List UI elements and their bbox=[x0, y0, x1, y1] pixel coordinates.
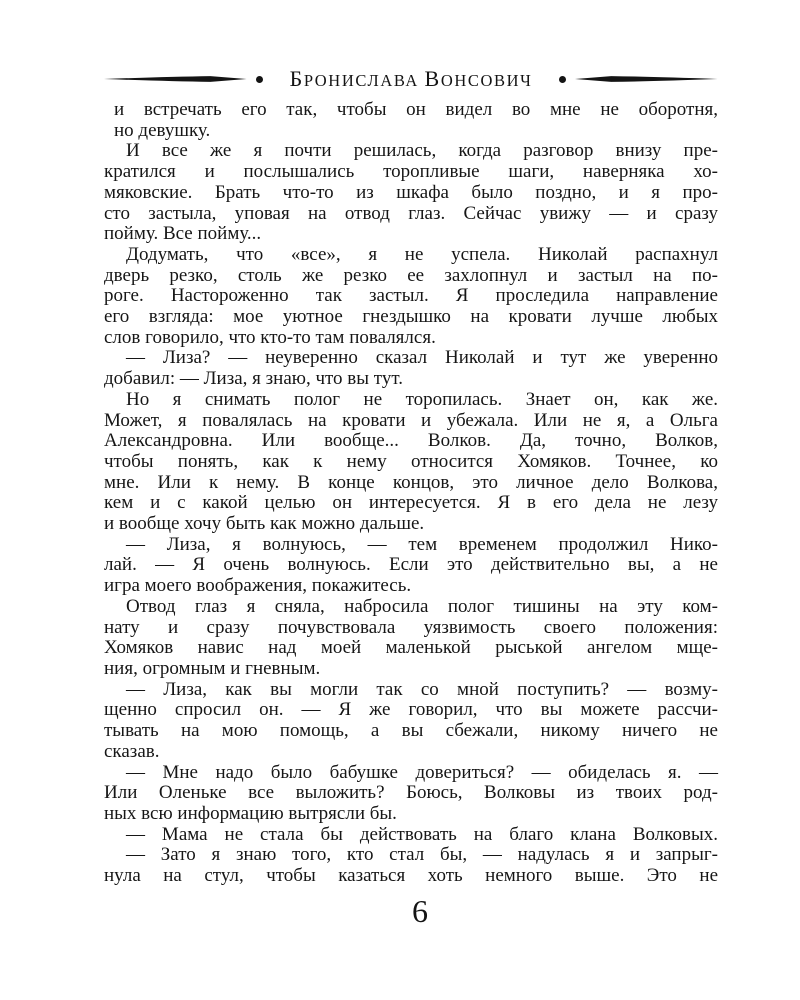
text-line: Или Оленьке все выложить? Боюсь, Волковы… bbox=[104, 783, 718, 804]
text-line: — Лиза, я волнуюсь, — тем временем продо… bbox=[104, 535, 718, 556]
text-line: Хомяков навис над моей маленькой рыськой… bbox=[104, 638, 718, 659]
bullet-dot-icon bbox=[559, 76, 566, 83]
page-footer: 6 bbox=[104, 893, 718, 929]
paragraph: Додумать, что «все», я не успела. Никола… bbox=[104, 245, 718, 349]
page-body: и встречать его так, чтобы он видел во м… bbox=[104, 100, 718, 887]
paragraph: Но я снимать полог не торопилась. Знает … bbox=[104, 390, 718, 535]
text-line: кем и с какой целью он интересуется. Я в… bbox=[104, 493, 718, 514]
paragraph: — Мама не стала бы действовать на благо … bbox=[104, 825, 718, 846]
text-line: игра моего воображения, покажитесь. bbox=[104, 576, 718, 597]
paragraph: — Лиза, как вы могли так со мной поступи… bbox=[104, 680, 718, 763]
text-line: — Лиза? — неуверенно сказал Николай и ту… bbox=[104, 348, 718, 369]
text-line: его взгляда: мое уютное гнездышко на кро… bbox=[104, 307, 718, 328]
bullet-dot-icon bbox=[256, 76, 263, 83]
text-line: дверь резко, столь же резко ее захлопнул… bbox=[104, 266, 718, 287]
text-line: Но я снимать полог не торопилась. Знает … bbox=[104, 390, 718, 411]
paragraph: И все же я почти решилась, когда разгово… bbox=[104, 141, 718, 245]
text-line: роге. Настороженно так застыл. Я прослед… bbox=[104, 286, 718, 307]
text-line: ния, огромным и гневным. bbox=[104, 659, 718, 680]
text-line: ных всю информацию вытрясли бы. bbox=[104, 804, 718, 825]
text-line: сказав. bbox=[104, 742, 718, 763]
paragraph: — Зато я знаю того, кто стал бы, — надул… bbox=[104, 845, 718, 886]
author-name: Бронислава Вонсович bbox=[263, 66, 560, 92]
text-line: пойму. Все пойму... bbox=[104, 224, 718, 245]
text-line: нула на стул, чтобы казаться хоть немног… bbox=[104, 866, 718, 887]
text-line: мне. Или к нему. В конце концов, это лич… bbox=[104, 473, 718, 494]
paragraph: — Лиза? — неуверенно сказал Николай и ту… bbox=[104, 348, 718, 389]
text-line: слов говорило, что кто-то там повалялся. bbox=[104, 328, 718, 349]
page-number: 6 bbox=[412, 893, 428, 929]
text-line: чтобы понять, как к нему относится Хомяк… bbox=[104, 452, 718, 473]
text-line: тывать на мою помощь, а вы сбежали, нико… bbox=[104, 721, 718, 742]
text-line: нату и сразу почувствовала уязвимость св… bbox=[104, 618, 718, 639]
text-line: Додумать, что «все», я не успела. Никола… bbox=[104, 245, 718, 266]
right-flourish-icon bbox=[575, 75, 718, 83]
text-line: — Лиза, как вы могли так со мной поступи… bbox=[104, 680, 718, 701]
text-line: кратился и послышались торопливые шаги, … bbox=[104, 162, 718, 183]
paragraph: — Мне надо было бабушке довериться? — об… bbox=[104, 763, 718, 825]
text-line: но девушку. bbox=[114, 121, 718, 142]
text-line: — Зато я знаю того, кто стал бы, — надул… bbox=[104, 845, 718, 866]
paragraph: и встречать его так, чтобы он видел во м… bbox=[104, 100, 718, 141]
text-line: щенно спросил он. — Я же говорил, что вы… bbox=[104, 700, 718, 721]
book-page: Бронислава Вонсович и встречать его так,… bbox=[0, 0, 800, 1000]
paragraph: Отвод глаз я сняла, набросила полог тиши… bbox=[104, 597, 718, 680]
page-header: Бронислава Вонсович bbox=[104, 63, 718, 95]
text-line: сто застыла, уповая на отвод глаз. Сейча… bbox=[104, 204, 718, 225]
text-line: Отвод глаз я сняла, набросила полог тиши… bbox=[104, 597, 718, 618]
text-line: лай. — Я очень волнуюсь. Если это действ… bbox=[104, 555, 718, 576]
text-line: — Мне надо было бабушке довериться? — об… bbox=[104, 763, 718, 784]
paragraph: — Лиза, я волнуюсь, — тем временем продо… bbox=[104, 535, 718, 597]
text-line: мяковские. Брать что-то из шкафа было по… bbox=[104, 183, 718, 204]
left-flourish-icon bbox=[104, 75, 247, 83]
text-line: — Мама не стала бы действовать на благо … bbox=[104, 825, 718, 846]
text-line: Александровна. Или вообще... Волков. Да,… bbox=[104, 431, 718, 452]
text-line: И все же я почти решилась, когда разгово… bbox=[104, 141, 718, 162]
text-line: Может, я повалялась на кровати и убежала… bbox=[104, 411, 718, 432]
text-line: добавил: — Лиза, я знаю, что вы тут. bbox=[104, 369, 718, 390]
text-line: и вообще хочу быть как можно дальше. bbox=[104, 514, 718, 535]
text-line: и встречать его так, чтобы он видел во м… bbox=[114, 100, 718, 121]
